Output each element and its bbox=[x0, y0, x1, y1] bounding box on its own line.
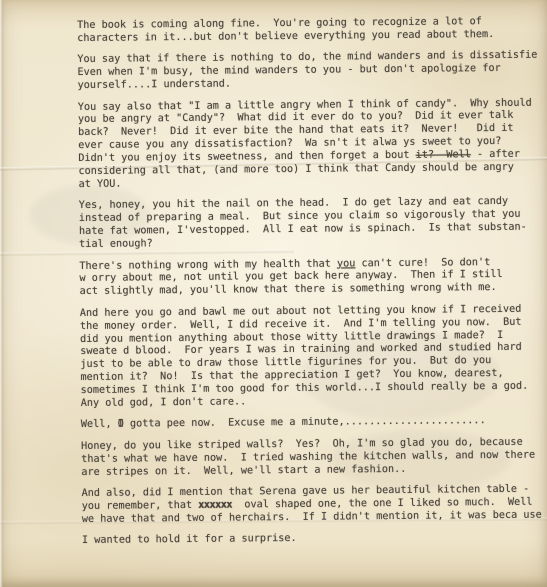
letter-paragraph: I wanted to hold it for a surprise. bbox=[82, 531, 547, 548]
text-segment: The book is coming along fine. You're go… bbox=[77, 16, 494, 44]
text-segment: I wanted to hold it for a surprise. bbox=[82, 533, 297, 546]
text-segment: There's nothing wrong with my health tha… bbox=[79, 258, 337, 271]
text-segment: Yes, honey, you hit the nail on the head… bbox=[79, 196, 527, 250]
letter-body: The book is coming along fine. You're go… bbox=[77, 15, 547, 556]
letter-paragraph: And here you go and bawl me out about no… bbox=[80, 303, 547, 411]
text-segment: And here you go and bawl me out about no… bbox=[80, 303, 529, 409]
text-segment: Well, bbox=[81, 419, 118, 430]
letter-paragraph: Well, IO gotta pee now. Excuse me a minu… bbox=[81, 415, 547, 432]
text-segment: You say that if there is nothing to do, … bbox=[77, 50, 537, 91]
underlined-word: you bbox=[337, 258, 356, 269]
letter-page: The book is coming along fine. You're go… bbox=[0, 0, 547, 587]
letter-paragraph: You say also that "I am a little angry w… bbox=[78, 97, 547, 192]
crossed-out-word: xxxxxx bbox=[198, 500, 232, 511]
letter-paragraph: There's nothing wrong with my health tha… bbox=[79, 256, 547, 299]
text-segment: gotta pee now. Excuse me a minute,......… bbox=[124, 416, 486, 430]
letter-paragraph: You say that if there is nothing to do, … bbox=[77, 50, 547, 93]
letter-paragraph: The book is coming along fine. You're go… bbox=[77, 15, 547, 45]
overtyped-character: IO bbox=[118, 419, 124, 432]
letter-paragraph: Yes, honey, you hit the nail on the head… bbox=[79, 196, 547, 252]
letter-paragraph: And also, did I mention that Serena gave… bbox=[81, 484, 547, 527]
scan-edge-artifact bbox=[0, 0, 4, 587]
overstrike-character: O bbox=[118, 419, 124, 432]
letter-paragraph: Honey, do you like striped walls? Yes? O… bbox=[81, 436, 547, 479]
struck-out-text: it? Well bbox=[416, 149, 471, 161]
text-segment: Honey, do you like striped walls? Yes? O… bbox=[81, 437, 535, 478]
